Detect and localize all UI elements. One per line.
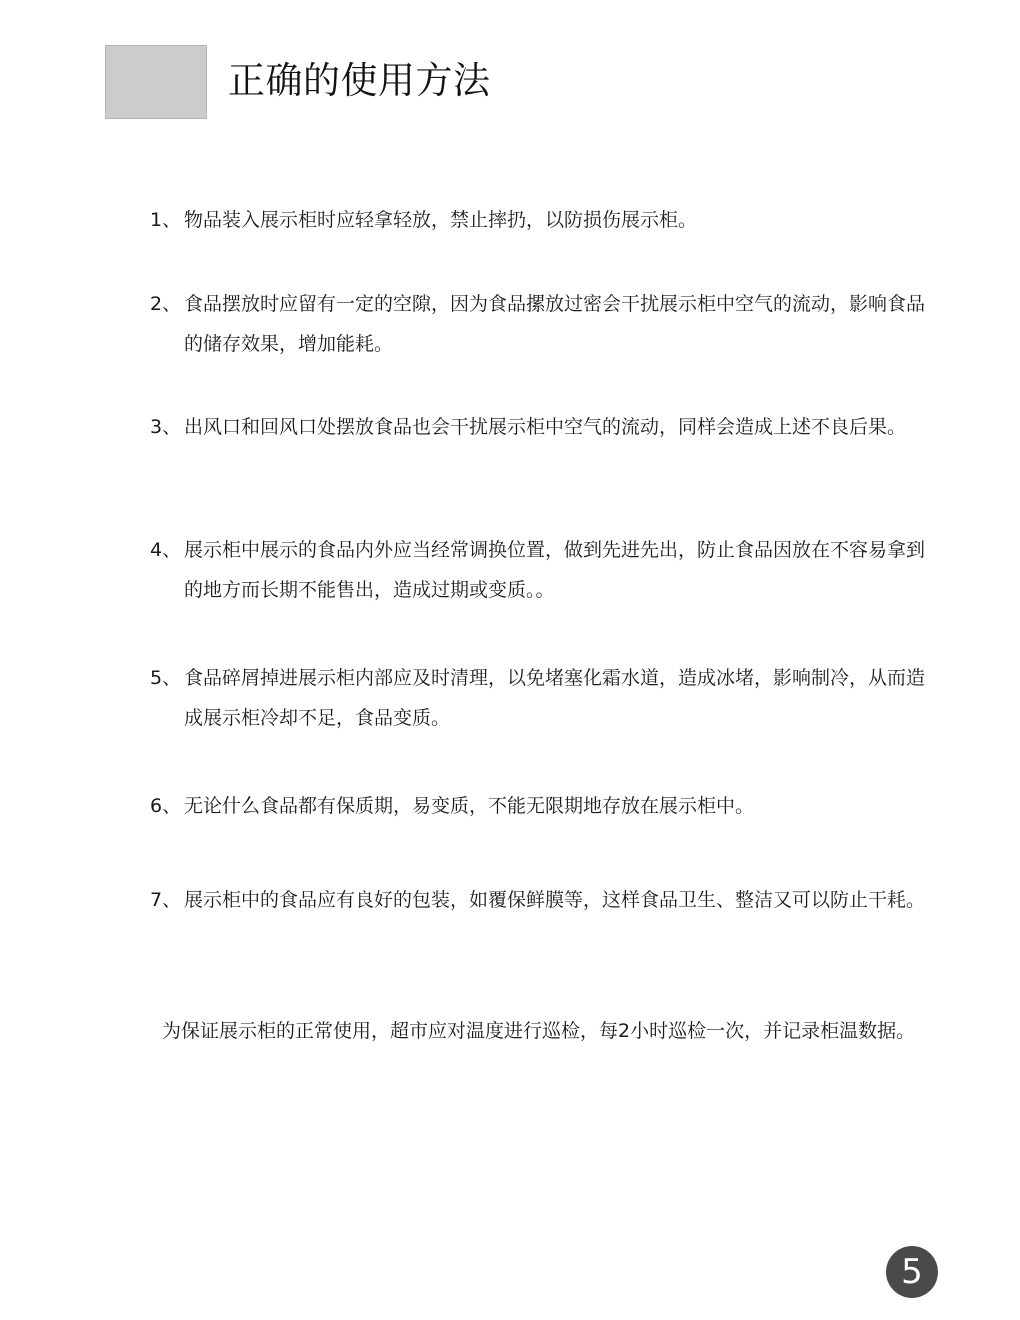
page-title: 正确的使用方法 [228,58,491,104]
closing-paragraph: 为保证展示柜的正常使用，超市应对温度进行巡检，每2小时巡检一次，并记录柜温数据。 [120,1011,920,1051]
item-text: 无论什么食品都有保质期，易变质，不能无限期地存放在展示柜中。 [150,786,940,826]
item-number: 3、 [150,407,181,447]
item-text: 食品摆放时应留有一定的空隙，因为食品摞放过密会干扰展示柜中空气的流动，影响食品的… [150,284,940,364]
list-item: 7、 展示柜中的食品应有良好的包装，如覆保鲜膜等，这样食品卫生、整洁又可以防止干… [150,880,940,920]
list-item: 3、 出风口和回风口处摆放食品也会干扰展示柜中空气的流动，同样会造成上述不良后果… [150,407,940,447]
item-number: 7、 [150,880,181,920]
item-number: 4、 [150,530,181,570]
list-item: 1、 物品装入展示柜时应轻拿轻放，禁止摔扔，以防损伤展示柜。 [150,200,940,240]
item-text: 展示柜中展示的食品内外应当经常调换位置，做到先进先出，防止食品因放在不容易拿到的… [150,530,940,610]
list-item: 6、 无论什么食品都有保质期，易变质，不能无限期地存放在展示柜中。 [150,786,940,826]
item-text: 展示柜中的食品应有良好的包装，如覆保鲜膜等，这样食品卫生、整洁又可以防止干耗。 [150,880,940,920]
list-item: 4、 展示柜中展示的食品内外应当经常调换位置，做到先进先出，防止食品因放在不容易… [150,530,940,610]
item-text: 食品碎屑掉进展示柜内部应及时清理，以免堵塞化霜水道，造成冰堵，影响制冷，从而造成… [150,658,940,738]
item-number: 2、 [150,284,181,324]
list-item: 2、 食品摆放时应留有一定的空隙，因为食品摞放过密会干扰展示柜中空气的流动，影响… [150,284,940,364]
page-number-badge: 5 [886,1246,938,1298]
list-item: 5、 食品碎屑掉进展示柜内部应及时清理，以免堵塞化霜水道，造成冰堵，影响制冷，从… [150,658,940,738]
item-text: 出风口和回风口处摆放食品也会干扰展示柜中空气的流动，同样会造成上述不良后果。 [150,407,940,447]
item-number: 5、 [150,658,181,698]
header-decoration-block [105,45,207,119]
item-number: 6、 [150,786,181,826]
item-number: 1、 [150,200,181,240]
item-text: 物品装入展示柜时应轻拿轻放，禁止摔扔，以防损伤展示柜。 [150,200,940,240]
